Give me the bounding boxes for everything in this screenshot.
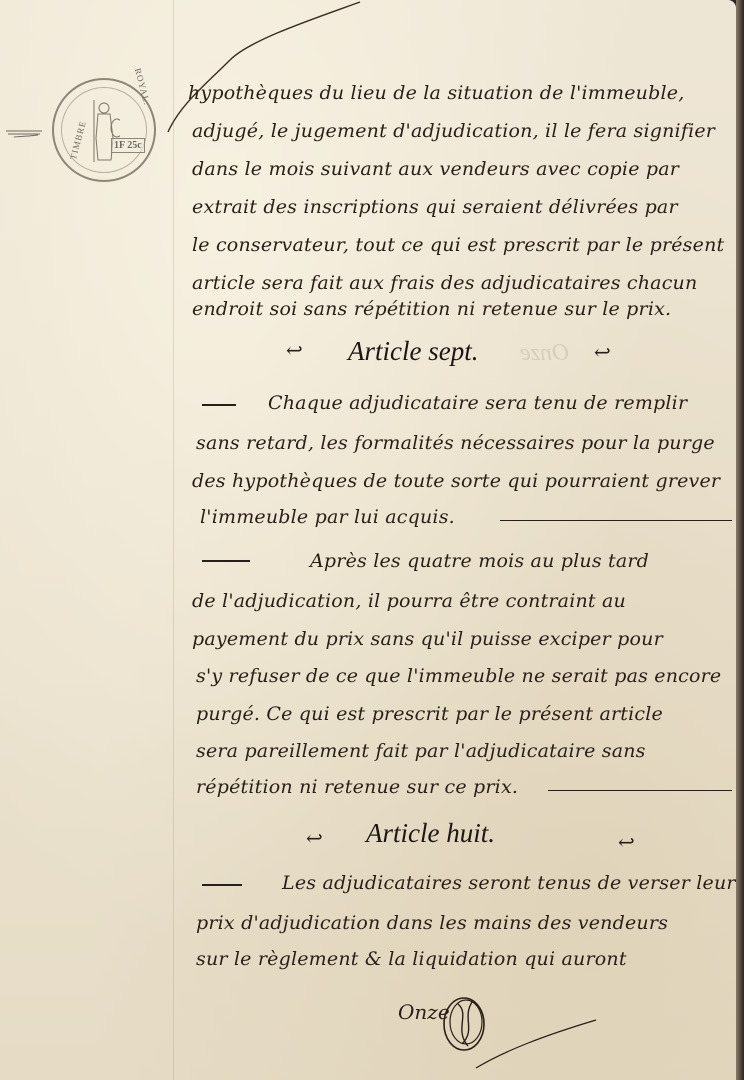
royal-tax-stamp: TIMBRE ROYAL. 1F 25c [52,78,156,182]
line-filler [500,520,732,521]
text-line: prix d'adjudication dans les mains des v… [196,912,668,934]
text-line: dans le mois suivant aux vendeurs avec c… [192,158,679,180]
text-line: des hypothèques de toute sorte qui pourr… [192,470,720,492]
text-line: purgé. Ce qui est prescrit par le présen… [196,703,663,725]
margin-fold-line [173,0,174,1080]
paraph-initials-icon [436,990,606,1080]
text-line: sans retard, les formalités nécessaires … [196,432,715,454]
allegorical-figure-icon [90,98,120,164]
flourish-left: ↩ [306,826,323,850]
text-line: Chaque adjudicataire sera tenu de rempli… [268,392,687,414]
text-line: Après les quatre mois au plus tard [310,550,649,572]
pen-stroke-top [160,0,380,135]
text-line: le conservateur, tout ce qui est prescri… [192,234,724,256]
text-line: hypothèques du lieu de la situation de l… [188,82,684,104]
margin-dash-mark [4,128,44,138]
flourish-right: ↩ [618,830,635,854]
text-line: payement du prix sans qu'il puisse excip… [192,628,663,650]
page-edge [736,0,744,1080]
paragraph-dash [202,404,236,406]
text-line: l'immeuble par lui acquis. [200,506,455,528]
line-filler [548,790,732,791]
paragraph-dash [202,560,250,562]
article-7-heading: Article sept. [348,336,478,367]
text-line: répétition ni retenue sur ce prix. [196,776,518,798]
text-line: sera pareillement fait par l'adjudicatai… [196,740,646,762]
flourish-left: ↩ [286,338,303,362]
text-line: endroit soi sans répétition ni retenue s… [192,298,671,320]
flourish-right: ↩ [594,340,611,364]
text-line: Les adjudicataires seront tenus de verse… [282,872,736,894]
text-line: sur le règlement & la liquidation qui au… [196,948,627,970]
text-line: extrait des inscriptions qui seraient dé… [192,196,678,218]
article-8-heading: Article huit. [366,818,495,849]
text-line: adjugé, le jugement d'adjudication, il l… [192,120,715,142]
text-line: article sera fait aux frais des adjudica… [192,272,697,294]
stamp-value: 1F 25c [111,138,145,153]
text-line: de l'adjudication, il pourra être contra… [192,590,626,612]
bleed-through-text: Onze [520,340,569,367]
paragraph-dash [202,884,242,886]
text-line: s'y refuser de ce que l'immeuble ne sera… [196,665,721,687]
manuscript-page: TIMBRE ROYAL. 1F 25c hypothèques du lieu… [0,0,736,1080]
